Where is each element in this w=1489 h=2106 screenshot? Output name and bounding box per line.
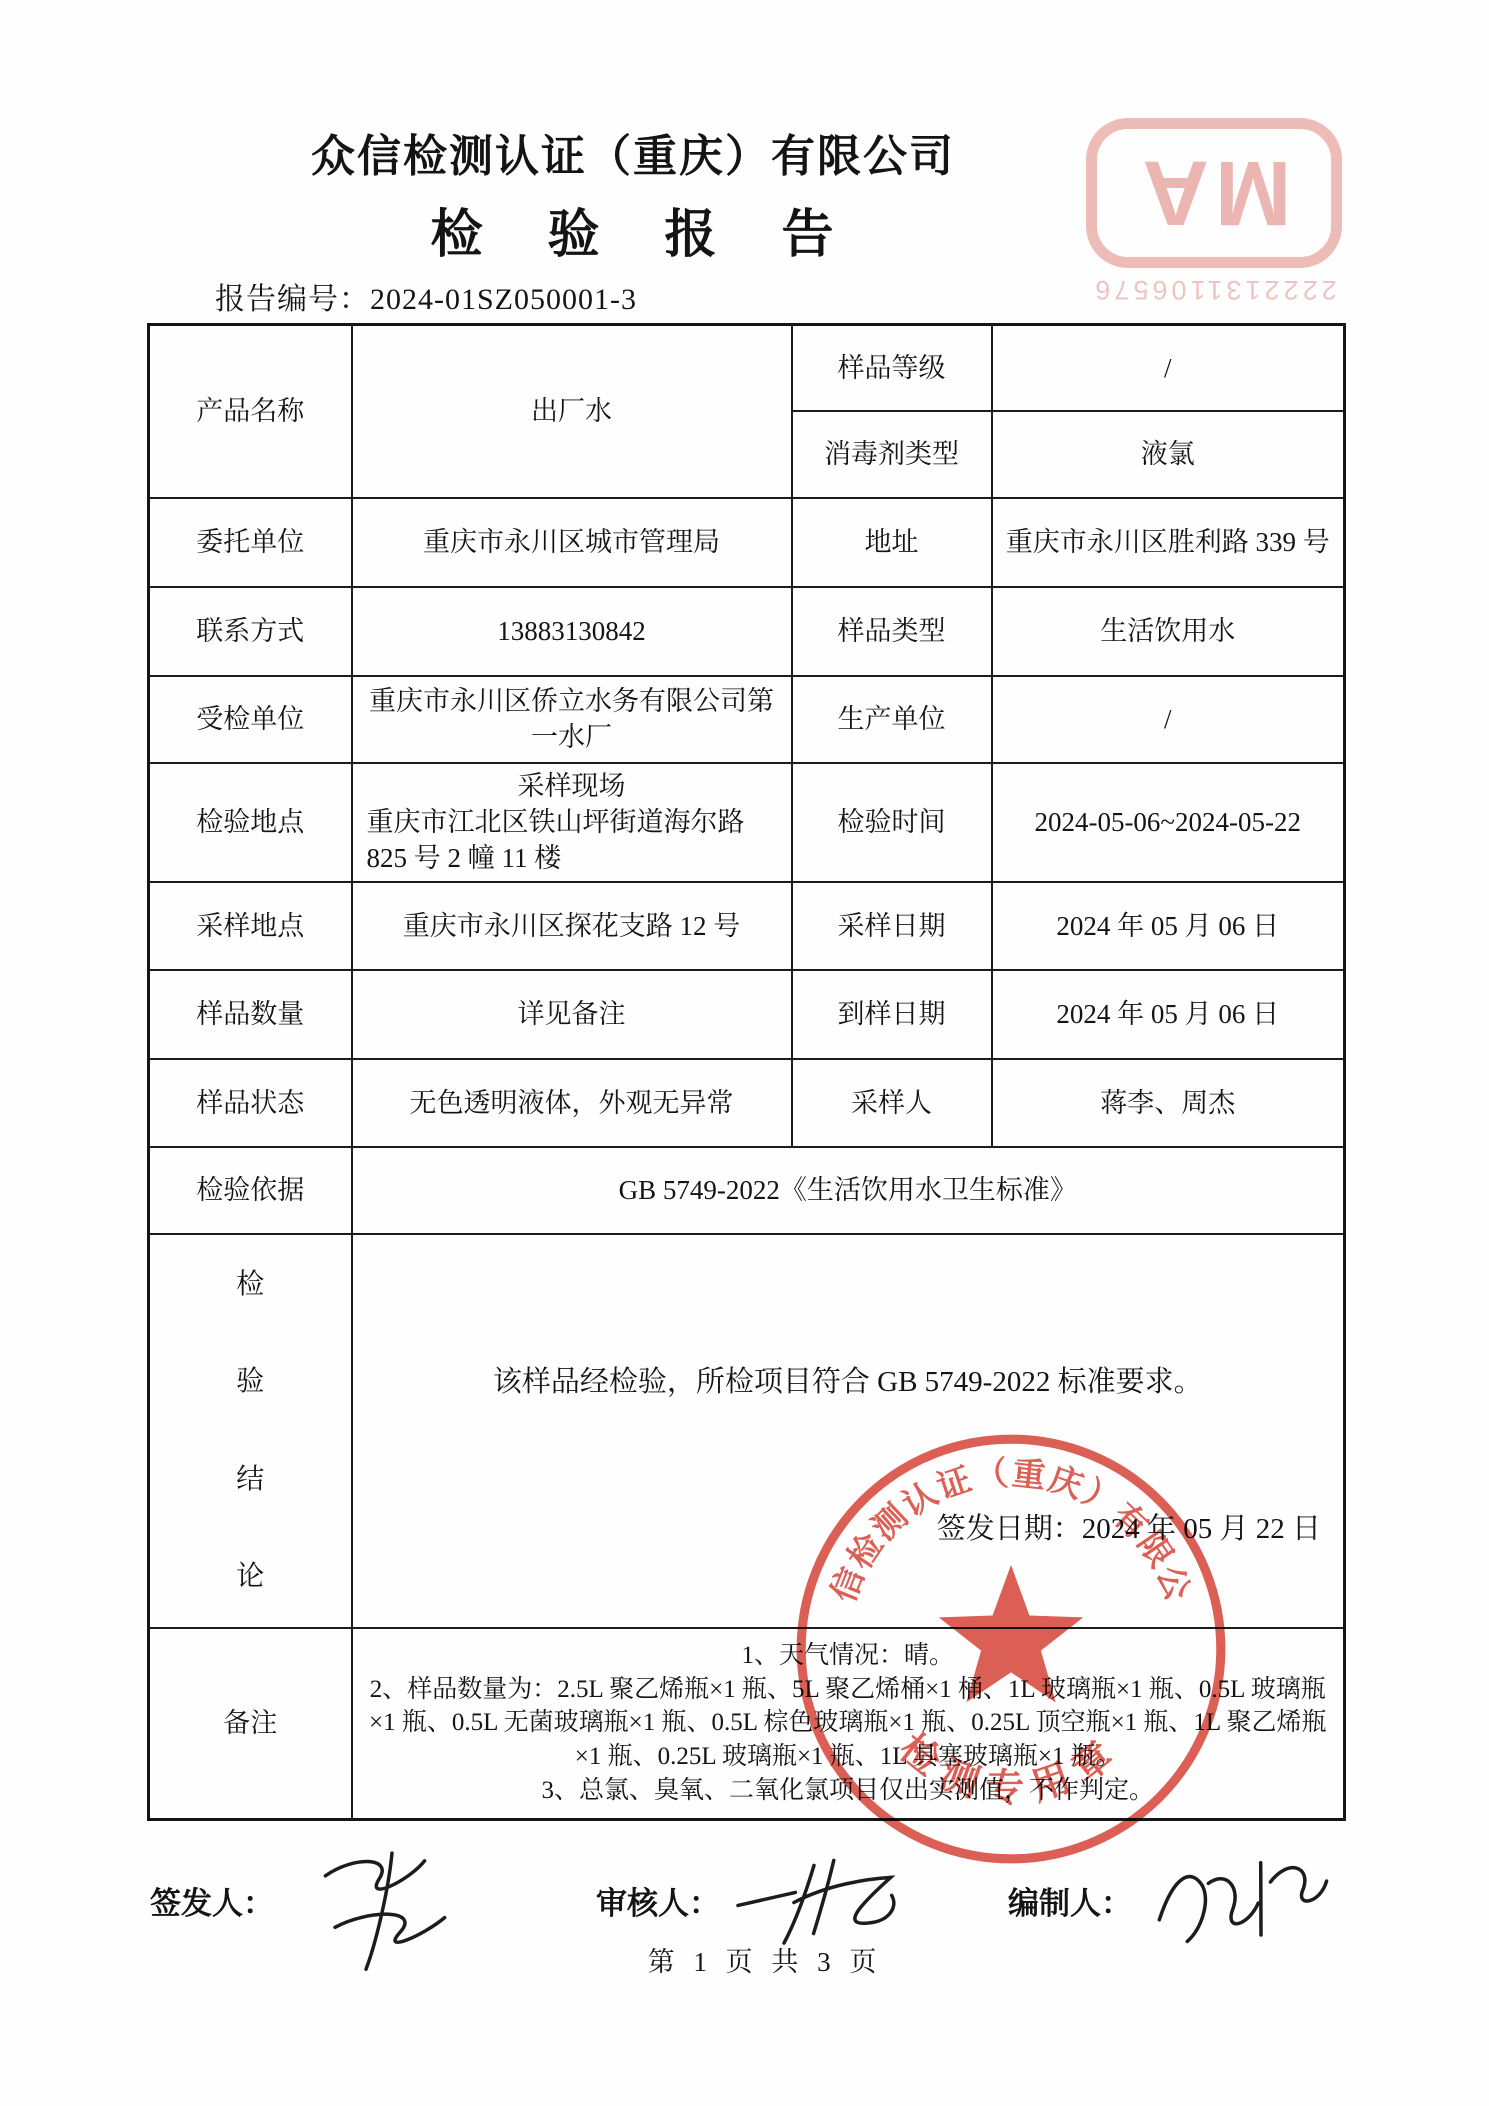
test-place-line1: 采样现场 [359,768,785,804]
basis-value: GB 5749-2022《生活饮用水卫生标准》 [352,1147,1345,1234]
compiler-label: 编制人： [1008,1878,1132,1923]
cma-certificate-number: 2222131106576 [1085,274,1343,305]
quantity-value: 详见备注 [352,970,792,1059]
table-row: 样品状态 无色透明液体，外观无异常 采样人 蒋李、周杰 [149,1059,1345,1147]
test-place-line2: 重庆市江北区铁山坪街道海尔路 825 号 2 幢 11 楼 [359,804,785,877]
sampler-label: 采样人 [792,1059,992,1147]
test-place-label: 检验地点 [149,763,352,882]
remark-line: 3、总氯、臭氧、二氧化氯项目仅出实测值，不作判定。 [367,1774,1330,1808]
page-title: 检 验 报 告 [47,192,1243,267]
product-name-value: 出厂水 [352,325,792,498]
table-row: 备注 1、天气情况：晴。 2、样品数量为：2.5L 聚乙烯瓶×1 瓶、5L 聚乙… [149,1628,1345,1819]
arrival-date-value: 2024 年 05 月 06 日 [992,970,1345,1059]
table-row: 检 验 结 论 该样品经检验，所检项目符合 GB 5749-2022 标准要求。… [149,1234,1345,1628]
test-time-value: 2024-05-06~2024-05-22 [992,763,1345,882]
reviewer-label: 审核人： [596,1878,720,1923]
conclusion-char: 检 [236,1266,264,1304]
basis-label: 检验依据 [149,1147,352,1234]
inspected-unit-value: 重庆市永川区侨立水务有限公司第一水厂 [352,676,792,763]
disinfectant-type-value: 液氯 [992,411,1345,498]
sampler-value: 蒋李、周杰 [992,1059,1345,1147]
table-row: 委托单位 重庆市永川区城市管理局 地址 重庆市永川区胜利路 339 号 [149,498,1345,587]
quantity-label: 样品数量 [149,970,352,1059]
contact-value: 13883130842 [352,587,792,676]
page-number: 第 1 页 共 3 页 [167,1940,1363,1979]
product-name-label: 产品名称 [149,325,352,498]
sample-grade-label: 样品等级 [792,325,992,411]
test-place-value: 采样现场 重庆市江北区铁山坪街道海尔路 825 号 2 幢 11 楼 [352,763,792,882]
remark-cell: 1、天气情况：晴。 2、样品数量为：2.5L 聚乙烯瓶×1 瓶、5L 聚乙烯桶×… [352,1628,1345,1819]
sample-grade-value: / [992,325,1345,411]
report-number-label: 报告编号： [215,283,370,316]
remark-label: 备注 [149,1628,352,1819]
table-row: 检验依据 GB 5749-2022《生活饮用水卫生标准》 [149,1147,1345,1234]
conclusion-char: 验 [236,1363,264,1401]
company-name: 众信检测认证（重庆）有限公司 [35,120,1231,184]
table-row: 受检单位 重庆市永川区侨立水务有限公司第一水厂 生产单位 / [149,676,1345,763]
table-row: 产品名称 出厂水 样品等级 / [149,325,1345,411]
producer-value: / [992,676,1345,763]
issuer-label: 签发人： [150,1878,274,1923]
table-row: 检验地点 采样现场 重庆市江北区铁山坪街道海尔路 825 号 2 幢 11 楼 … [149,763,1345,882]
table-row: 联系方式 13883130842 样品类型 生活饮用水 [149,587,1345,676]
address-label: 地址 [792,498,992,587]
address-value: 重庆市永川区胜利路 339 号 [992,498,1345,587]
disinfectant-type-label: 消毒剂类型 [792,411,992,498]
sample-state-value: 无色透明液体，外观无异常 [352,1059,792,1147]
client-label: 委托单位 [149,498,352,587]
sampling-place-value: 重庆市永川区探花支路 12 号 [352,882,792,970]
report-number-value: 2024-01SZ050001-3 [370,283,637,316]
report-info-table: 产品名称 出厂水 样品等级 / 消毒剂类型 液氯 委托单位 重庆市永川区城市管理… [147,323,1346,1821]
sample-state-label: 样品状态 [149,1059,352,1147]
remark-line: 2、样品数量为：2.5L 聚乙烯瓶×1 瓶、5L 聚乙烯桶×1 桶、1L 玻璃瓶… [367,1673,1330,1774]
table-row: 样品数量 详见备注 到样日期 2024 年 05 月 06 日 [149,970,1345,1059]
issue-date: 签发日期：2024 年 05 月 22 日 [937,1510,1321,1549]
client-value: 重庆市永川区城市管理局 [352,498,792,587]
sampling-date-label: 采样日期 [792,882,992,970]
test-time-label: 检验时间 [792,763,992,882]
conclusion-char: 论 [236,1558,264,1596]
conclusion-label: 检 验 结 论 [149,1234,352,1628]
report-page: 众信检测认证（重庆）有限公司 检 验 报 告 报告编号：2024-01SZ050… [0,0,1489,2106]
table-row: 采样地点 重庆市永川区探花支路 12 号 采样日期 2024 年 05 月 06… [149,882,1345,970]
remark-line: 1、天气情况：晴。 [367,1639,1330,1673]
sample-type-label: 样品类型 [792,587,992,676]
arrival-date-label: 到样日期 [792,970,992,1059]
sample-type-value: 生活饮用水 [992,587,1345,676]
sampling-place-label: 采样地点 [149,882,352,970]
inspected-unit-label: 受检单位 [149,676,352,763]
contact-label: 联系方式 [149,587,352,676]
conclusion-text: 该样品经检验，所检项目符合 GB 5749-2022 标准要求。 [353,1363,1344,1402]
producer-label: 生产单位 [792,676,992,763]
sampling-date-value: 2024 年 05 月 06 日 [992,882,1345,970]
report-number: 报告编号：2024-01SZ050001-3 [215,274,637,318]
conclusion-char: 结 [236,1461,264,1499]
conclusion-cell: 该样品经检验，所检项目符合 GB 5749-2022 标准要求。 签发日期：20… [352,1234,1345,1628]
